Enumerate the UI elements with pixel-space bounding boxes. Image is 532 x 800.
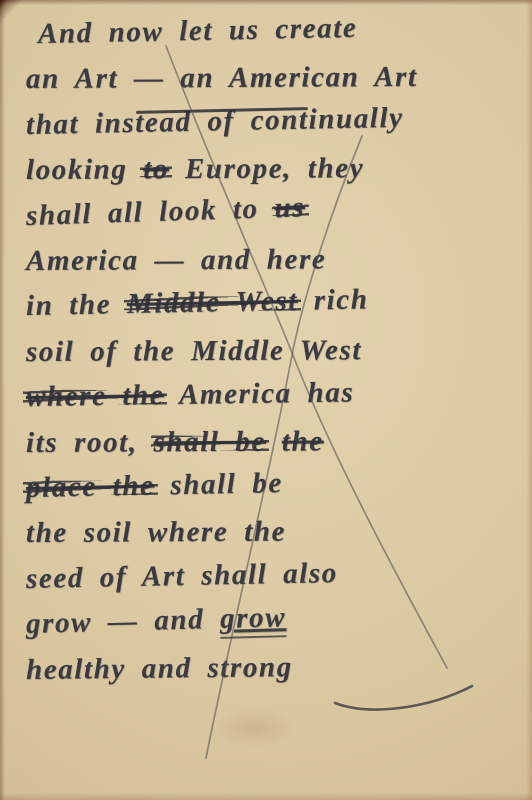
crossed-out-word: to: [143, 153, 169, 185]
handwritten-words: shall be: [154, 467, 283, 501]
text-line: where the America has: [26, 368, 529, 420]
crossed-out-word: us: [274, 191, 306, 224]
manuscript-text: And now let us createan Art — an America…: [26, 12, 528, 693]
crossed-out-word: place the: [26, 470, 155, 504]
handwritten-words: Europe, they: [169, 152, 364, 185]
text-line: And now let us create: [38, 3, 529, 58]
handwritten-words: its root,: [26, 426, 154, 459]
text-line: place the shall be: [26, 456, 529, 511]
handwritten-words: seed of Art shall also: [26, 557, 338, 595]
handwritten-words: healthy and strong: [26, 651, 293, 686]
underlined-word: grow: [220, 601, 287, 639]
handwritten-words: grow — and: [26, 603, 221, 640]
handwritten-words: in the: [26, 289, 128, 323]
handwritten-words: rich: [298, 284, 369, 317]
handwritten-words: America — and here: [26, 243, 326, 277]
crossed-out-word: the: [282, 425, 324, 457]
handwritten-words: And now let us create: [38, 12, 358, 50]
text-line: healthy and strong: [26, 642, 528, 693]
handwritten-words: looking: [26, 154, 143, 187]
handwritten-words: an Art — an American Art: [26, 61, 418, 95]
handwritten-words: [266, 425, 282, 457]
handwritten-words: soil of the Middle West: [26, 334, 362, 368]
text-line: that instead of continually: [26, 93, 529, 148]
crossed-out-word: Middle West: [127, 285, 299, 320]
photograph-of-notebook-page: And now let us createan Art — an America…: [0, 0, 532, 800]
handwritten-words: that instead of continually: [26, 102, 404, 141]
crossed-out-word: shall be: [153, 425, 266, 458]
handwritten-words: shall all look to: [25, 192, 274, 232]
crossed-out-word: where the: [26, 379, 165, 413]
text-line: in the Middle West rich: [26, 275, 529, 330]
handwritten-words: America has: [164, 377, 354, 412]
handwritten-words: the soil where the: [26, 516, 286, 549]
